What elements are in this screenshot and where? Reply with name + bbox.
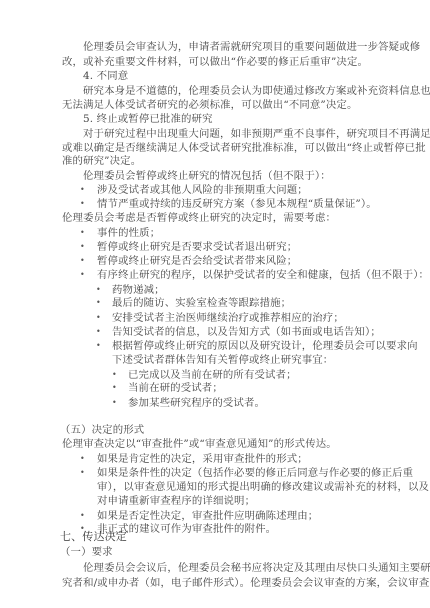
text-line: 或难以确定是否继续满足人体受试者研究批准标准，可以做出“终止或暂停已批: [62, 141, 426, 155]
text-line: 情节严重或持续的违反研究方案（参见本规程“质量保证”）。: [97, 197, 377, 211]
document-page: 伦理委员会审查认为，申请者需就研究项目的重要问题做进一步答疑或修改，或补充重要文…: [0, 0, 430, 608]
bullet-icon: •: [80, 226, 85, 240]
text-line: 研究本身是不道德的，伦理委员会认为即使通过修改方案或补充资料信息也: [83, 84, 430, 98]
text-line: 如果是肯定性的决定，采用审查批件的形式；: [97, 452, 308, 466]
text-line: 暂停或终止研究是否会给受试者带来风险；: [97, 254, 297, 268]
text-line: 最后的随访、实验室检查等跟踪措施；: [112, 296, 291, 310]
section-heading: 七、传达决定: [60, 530, 127, 544]
text-line: 无法满足人体受试者研究的必须标准，可以做出“不同意”决定。: [62, 98, 358, 112]
bullet-icon: •: [96, 339, 101, 353]
text-line: （五）决定的形式: [60, 423, 144, 437]
text-line: 告知受试者的信息，以及告知方式（如书面或电话告知）；: [112, 325, 381, 339]
bullet-icon: •: [112, 396, 117, 410]
text-line: 究者和/或申办者（如，电子邮件形式）。伦理委员会会议审查的方案，会议审查: [62, 576, 429, 590]
bullet-icon: •: [80, 183, 85, 197]
text-line: 审），以审查意见通知的形式提出明确的修改建议或需补充的材料，以及: [97, 480, 429, 494]
text-line: 5. 终止或暂停已批准的研究: [83, 112, 213, 126]
text-line: 参加某些研究程序的受试者。: [128, 396, 265, 410]
text-line: 改，或补充重要文件材料，可以做出“作必要的修正后重审”决定。: [62, 55, 368, 69]
text-line: 如果是否定性决定，审查批件应明确陈述理由；: [97, 509, 318, 523]
text-line: 准的研究”决定。: [62, 154, 141, 168]
text-line: 伦理委员会暂停或终止研究的情况包括（但不限于）：: [83, 169, 331, 183]
text-line: 安排受试者主治医师继续治疗或推荐相应的治疗；: [112, 311, 344, 325]
text-line: 伦理委员会会议后，伦理委员会秘书应将决定及其理由尽快口头通知主要研: [83, 561, 430, 575]
text-line: 当前在研的受试者；: [128, 381, 223, 395]
bullet-icon: •: [112, 381, 117, 395]
text-line: 伦理委员会考虑是否暂停或终止研究的决定时，需要考虑：: [62, 211, 336, 225]
text-line: 有序终止研究的程序，以保护受试者的安全和健康，包括（但不限于）：: [97, 268, 429, 282]
text-line: 伦理委员会审查认为，申请者需就研究项目的重要问题做进一步答疑或修: [83, 40, 420, 54]
text-line: 暂停或终止研究是否要求受试者退出研究；: [97, 240, 297, 254]
text-line: 对于研究过程中出现重大问题，如非预期严重不良事件，研究项目不再满足: [83, 127, 430, 141]
bullet-icon: •: [96, 283, 101, 297]
bullet-icon: •: [80, 254, 85, 268]
bullet-icon: •: [80, 240, 85, 254]
bullet-icon: •: [80, 509, 85, 523]
bullet-icon: •: [80, 197, 85, 211]
bullet-icon: •: [96, 325, 101, 339]
bullet-icon: •: [96, 311, 101, 325]
text-line: 4. 不同意: [83, 69, 128, 83]
bullet-icon: •: [80, 466, 85, 480]
text-line: 药物递减；: [112, 283, 165, 297]
text-line: 事件的性质；: [97, 226, 160, 240]
bullet-icon: •: [96, 296, 101, 310]
sub-heading: （一）要求: [60, 545, 113, 559]
text-line: 下述受试者群体告知有关暂停或终止研究事宜：: [112, 353, 333, 367]
bullet-icon: •: [80, 452, 85, 466]
bullet-icon: •: [80, 268, 85, 282]
bullet-icon: •: [112, 368, 117, 382]
text-line: 对申请重新审查程序的详细说明；: [97, 494, 255, 508]
text-line: 伦理审查决定以“审查批件”或“审查意见通知”的形式传达。: [62, 437, 337, 451]
text-line: 如果是条件性的决定（包括作必要的修正后同意与作必要的修正后重: [97, 466, 413, 480]
text-line: 涉及受试者或其他人风险的非预期重大问题；: [97, 183, 308, 197]
text-line: 已完成以及当前在研的所有受试者；: [128, 368, 297, 382]
text-line: 根据暂停或终止研究的原因以及研究设计，伦理委员会可以要求向: [112, 339, 418, 353]
